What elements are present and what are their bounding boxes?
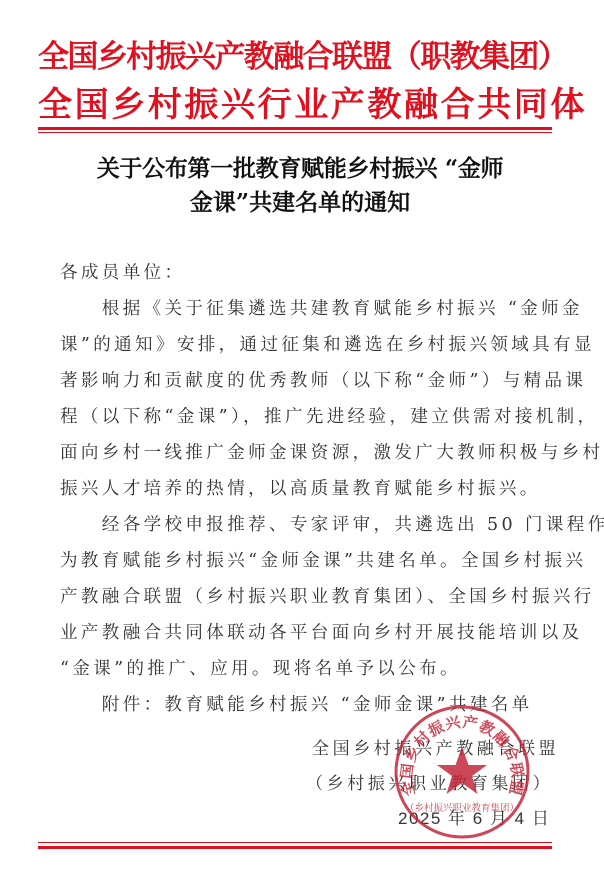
star-icon [437, 747, 487, 794]
document-title-line-2: 金课”共建名单的通知 [40, 186, 560, 220]
paragraph-2-line: 经各学校申报推荐、专家评审，共遴选出 50 门课程作 [60, 507, 604, 543]
seal-inner-text: （乡村振兴职业教育集团） [405, 802, 519, 814]
paragraph-2-line: “金课”的推广、应用。现将名单予以公布。 [60, 651, 461, 687]
paragraph-1-line: 著影响力和贡献度的优秀教师（以下称“金师”）与精品课 [60, 363, 586, 399]
paragraph-2-line: 业产教融合共同体联动各平台面向乡村开展技能培训以及 [60, 615, 583, 651]
official-seal: 全国乡村振兴产教融合联盟 （乡村振兴职业教育集团） [394, 705, 530, 839]
salutation: 各成员单位： [60, 255, 185, 291]
header-rule-thick [38, 127, 552, 130]
paragraph-1-line: 课”的通知》安排，通过征集和遴选在乡村振兴领域具有显 [60, 327, 595, 363]
paragraph-2-line: 为教育赋能乡村振兴“金师金课”共建名单。全国乡村振兴 [60, 543, 586, 579]
document-title-line-1: 关于公布第一批教育赋能乡村振兴 “金师 [40, 152, 560, 186]
letterhead-line-2: 全国乡村振兴行业产教融合共同体 [38, 84, 552, 126]
paragraph-2-line: 产教融合联盟（乡村振兴职业教育集团）、全国乡村振兴行 [60, 579, 595, 615]
letterhead-line-1: 全国乡村振兴产教融合联盟（职教集团） [38, 36, 552, 78]
paragraph-1-line: 面向乡村一线推广金师金课资源，激发广大教师积极与乡村 [60, 435, 603, 471]
footer-rule-thin [38, 842, 552, 843]
header-rule-thin [38, 132, 552, 133]
paragraph-1-line: 根据《关于征集遴选共建教育赋能乡村振兴 “金师金 [60, 291, 583, 327]
paragraph-1-line: 振兴人才培养的热情，以高质量教育赋能乡村振兴。 [60, 471, 541, 507]
footer-rule-thick [38, 846, 552, 849]
paragraph-1-line: 程（以下称“金课”），推广先进经验，建立供需对接机制， [60, 399, 598, 435]
